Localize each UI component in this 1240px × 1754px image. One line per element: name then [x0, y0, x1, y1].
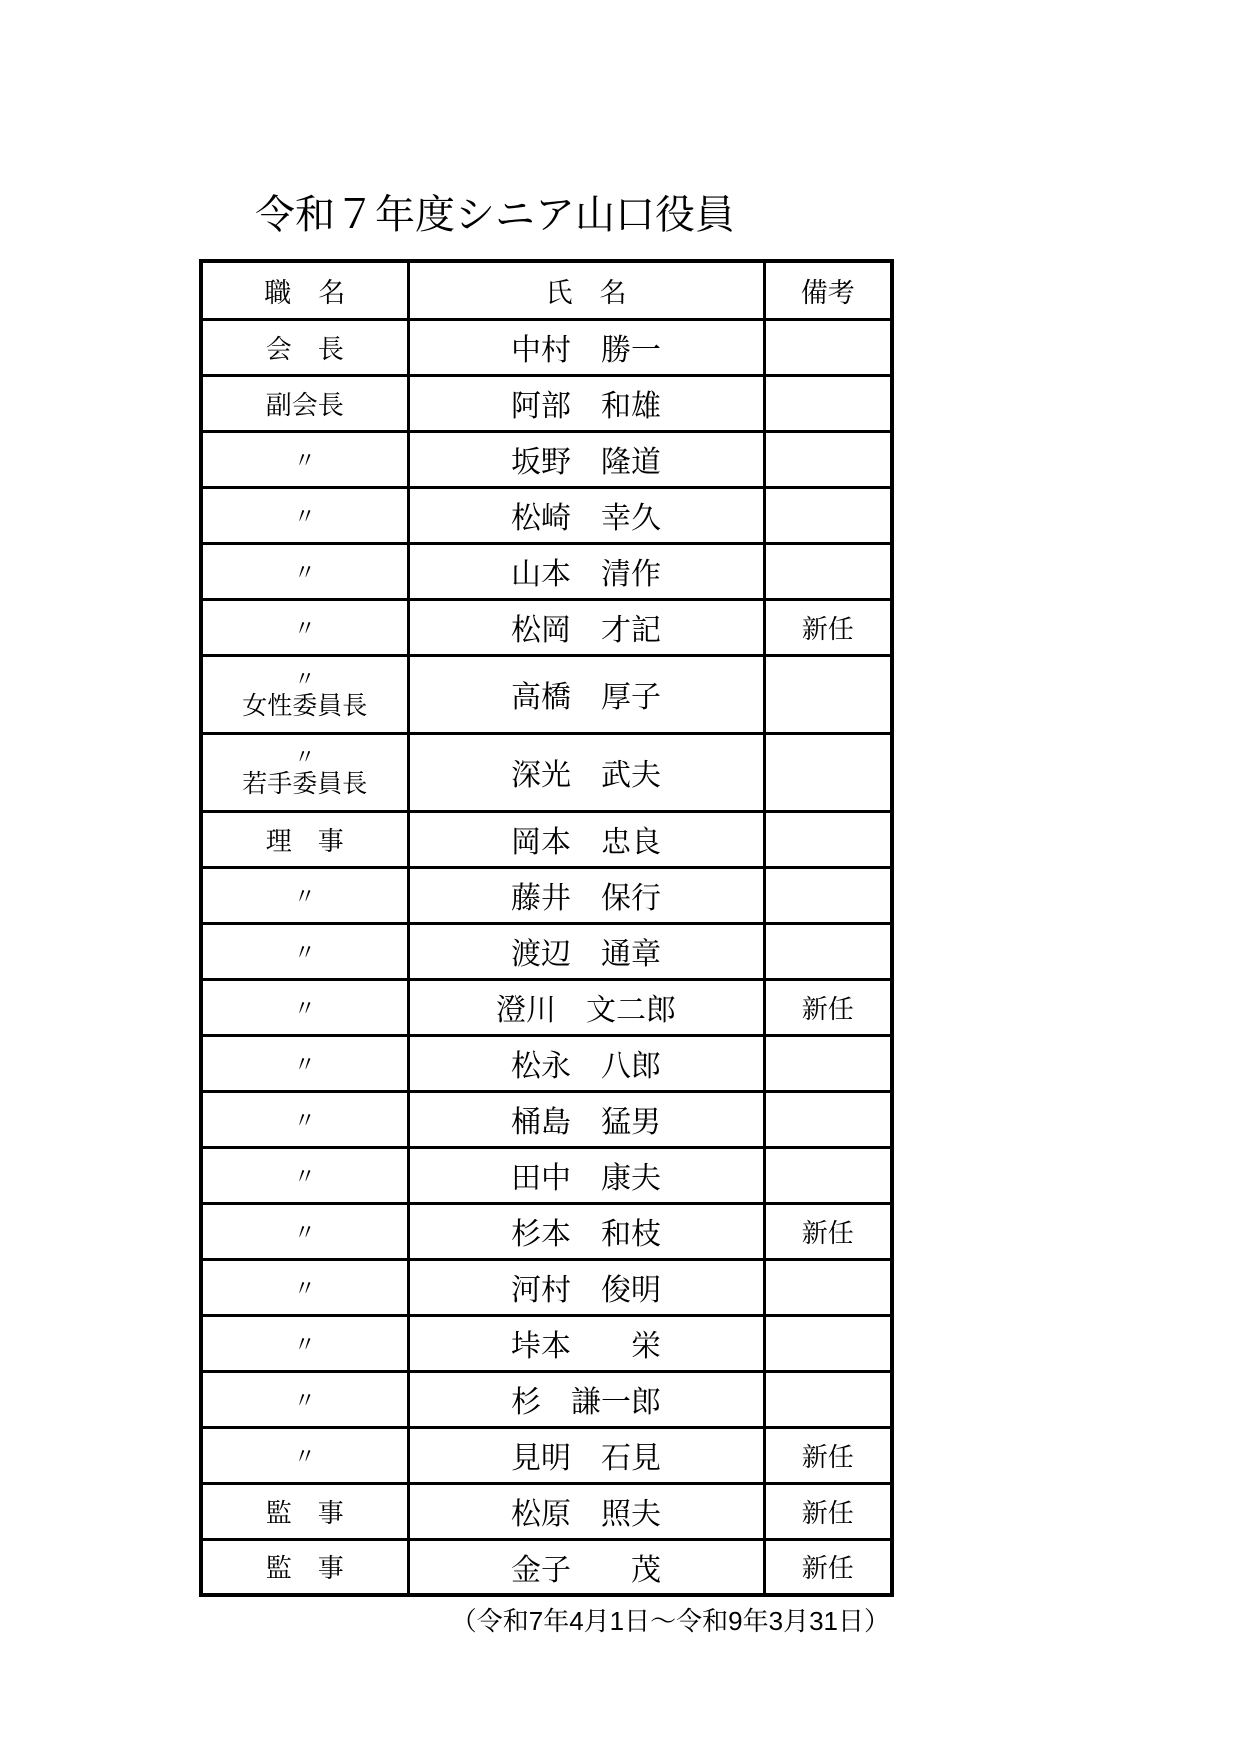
- position-cell: 監 事: [201, 1483, 408, 1539]
- remarks-cell: 新任: [764, 979, 892, 1035]
- position-cell: 〃: [201, 1203, 408, 1259]
- table-row: 〃若手委員長深光 武夫: [201, 733, 892, 811]
- name-cell: 松原 照夫: [408, 1483, 764, 1539]
- name-cell: 阿部 和雄: [408, 375, 764, 431]
- remarks-cell: 新任: [764, 1427, 892, 1483]
- ditto-mark: 〃: [203, 668, 407, 692]
- position-label: 若手委員長: [203, 770, 407, 799]
- page-title: 令和７年度シニア山口役員: [199, 193, 791, 237]
- name-cell: 見明 石見: [408, 1427, 764, 1483]
- position-label: 女性委員長: [203, 692, 407, 721]
- remarks-cell: 新任: [764, 1203, 892, 1259]
- position-cell: 〃: [201, 1427, 408, 1483]
- position-cell: 〃: [201, 867, 408, 923]
- name-cell: 藤井 保行: [408, 867, 764, 923]
- position-cell: 会 長: [201, 319, 408, 375]
- ditto-mark: 〃: [203, 746, 407, 770]
- document-page: 令和７年度シニア山口役員 職 名 氏 名 備考 会 長中村 勝一副会長阿部 和雄…: [0, 0, 1240, 1754]
- position-cell: 〃: [201, 1315, 408, 1371]
- remarks-cell: [764, 1371, 892, 1427]
- position-cell: 〃: [201, 1147, 408, 1203]
- name-cell: 岡本 忠良: [408, 811, 764, 867]
- officers-table: 職 名 氏 名 備考 会 長中村 勝一副会長阿部 和雄〃坂野 隆道〃松崎 幸久〃…: [199, 259, 894, 1597]
- table-row: 〃松永 八郎: [201, 1035, 892, 1091]
- table-row: 〃桶島 猛男: [201, 1091, 892, 1147]
- position-cell: 〃若手委員長: [201, 733, 408, 811]
- remarks-cell: [764, 1091, 892, 1147]
- remarks-cell: [764, 733, 892, 811]
- table-row: 〃渡辺 通章: [201, 923, 892, 979]
- name-cell: 坂野 隆道: [408, 431, 764, 487]
- position-cell: 〃: [201, 1035, 408, 1091]
- name-cell: 渡辺 通章: [408, 923, 764, 979]
- name-cell: 杉 謙一郎: [408, 1371, 764, 1427]
- remarks-cell: [764, 1147, 892, 1203]
- name-cell: 澄川 文二郎: [408, 979, 764, 1035]
- table-row: 副会長阿部 和雄: [201, 375, 892, 431]
- col-header-remarks: 備考: [764, 261, 892, 319]
- table-row: 〃山本 清作: [201, 543, 892, 599]
- name-cell: 深光 武夫: [408, 733, 764, 811]
- position-cell: 〃: [201, 979, 408, 1035]
- name-cell: 桶島 猛男: [408, 1091, 764, 1147]
- table-row: 〃松岡 才記新任: [201, 599, 892, 655]
- position-cell: 理 事: [201, 811, 408, 867]
- remarks-cell: [764, 655, 892, 733]
- position-cell: 〃: [201, 599, 408, 655]
- remarks-cell: [764, 431, 892, 487]
- table-row: 会 長中村 勝一: [201, 319, 892, 375]
- remarks-cell: 新任: [764, 599, 892, 655]
- remarks-cell: [764, 811, 892, 867]
- table-row: 〃女性委員長高橋 厚子: [201, 655, 892, 733]
- table-row: 監 事松原 照夫新任: [201, 1483, 892, 1539]
- name-cell: 高橋 厚子: [408, 655, 764, 733]
- remarks-cell: [764, 1259, 892, 1315]
- remarks-cell: 新任: [764, 1483, 892, 1539]
- position-cell: 〃: [201, 1371, 408, 1427]
- term-note: （令和7年4月1日～令和9年3月31日）: [199, 1601, 890, 1638]
- table-row: 〃杉 謙一郎: [201, 1371, 892, 1427]
- remarks-cell: [764, 487, 892, 543]
- position-cell: 〃: [201, 487, 408, 543]
- remarks-cell: [764, 1315, 892, 1371]
- table-row: 〃坂野 隆道: [201, 431, 892, 487]
- col-header-position: 職 名: [201, 261, 408, 319]
- table-row: 〃松崎 幸久: [201, 487, 892, 543]
- remarks-cell: [764, 543, 892, 599]
- position-cell: 〃: [201, 431, 408, 487]
- remarks-cell: [764, 923, 892, 979]
- name-cell: 山本 清作: [408, 543, 764, 599]
- table-row: 監 事金子 茂新任: [201, 1539, 892, 1595]
- table-row: 理 事岡本 忠良: [201, 811, 892, 867]
- table-row: 〃澄川 文二郎新任: [201, 979, 892, 1035]
- name-cell: 松岡 才記: [408, 599, 764, 655]
- table-row: 〃垰本 栄: [201, 1315, 892, 1371]
- table-row: 〃藤井 保行: [201, 867, 892, 923]
- remarks-cell: [764, 375, 892, 431]
- position-cell: 〃女性委員長: [201, 655, 408, 733]
- remarks-cell: 新任: [764, 1539, 892, 1595]
- table-row: 〃河村 俊明: [201, 1259, 892, 1315]
- position-cell: 〃: [201, 543, 408, 599]
- name-cell: 金子 茂: [408, 1539, 764, 1595]
- table-row: 〃杉本 和枝新任: [201, 1203, 892, 1259]
- table-row: 〃見明 石見新任: [201, 1427, 892, 1483]
- position-cell: 〃: [201, 1091, 408, 1147]
- name-cell: 田中 康夫: [408, 1147, 764, 1203]
- name-cell: 松永 八郎: [408, 1035, 764, 1091]
- remarks-cell: [764, 1035, 892, 1091]
- remarks-cell: [764, 867, 892, 923]
- table-header-row: 職 名 氏 名 備考: [201, 261, 892, 319]
- position-cell: 副会長: [201, 375, 408, 431]
- position-cell: 監 事: [201, 1539, 408, 1595]
- name-cell: 杉本 和枝: [408, 1203, 764, 1259]
- name-cell: 垰本 栄: [408, 1315, 764, 1371]
- position-cell: 〃: [201, 923, 408, 979]
- name-cell: 松崎 幸久: [408, 487, 764, 543]
- table-row: 〃田中 康夫: [201, 1147, 892, 1203]
- remarks-cell: [764, 319, 892, 375]
- name-cell: 河村 俊明: [408, 1259, 764, 1315]
- col-header-name: 氏 名: [408, 261, 764, 319]
- position-cell: 〃: [201, 1259, 408, 1315]
- name-cell: 中村 勝一: [408, 319, 764, 375]
